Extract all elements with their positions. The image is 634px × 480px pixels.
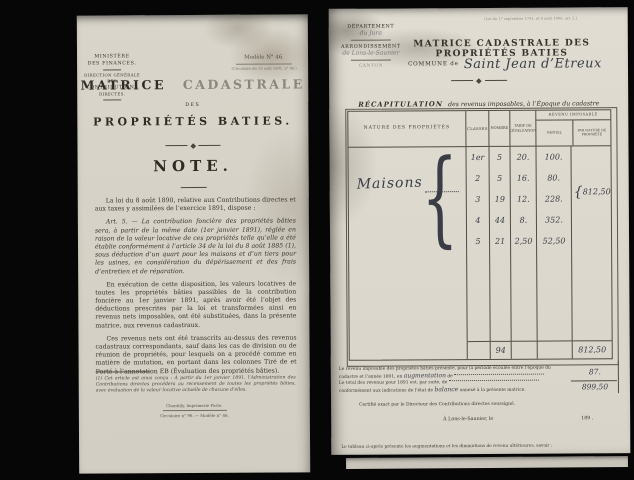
revenu-subheaders: PARTIEL PAR NATURE DE PROPRIÉTÉ (536, 120, 610, 146)
col-header-revenu: REVENU IMPOSABLE (536, 110, 610, 120)
nombre-value: 21 (490, 231, 510, 252)
footnote: (1) Cet article est ainsi conçu : À part… (96, 375, 296, 395)
dotted-leader (454, 374, 544, 376)
left-title-line2: PROPRIÉTÉS BATIES. (77, 114, 308, 128)
right-page: DÉPARTEMENT du Jura ARRONDISSEMENT de Lo… (329, 7, 631, 455)
dotted-leader (449, 380, 539, 382)
revenu-value: 352. (537, 209, 571, 230)
divider (351, 60, 391, 61)
col-header-revenu-group: REVENU IMPOSABLE PARTIEL PAR NATURE DE P… (536, 110, 610, 146)
tarif-column: 20. 16. 12. 8. 2,50 (510, 147, 537, 341)
certification-line: Certifié exact par le Directeur des Cont… (359, 401, 589, 407)
total-count: 94 (491, 341, 512, 359)
ornament-divider (77, 143, 308, 148)
revenu-value: 80. (537, 167, 571, 188)
summary-amount-1: 87. (575, 367, 615, 376)
tarif-value: 20. (510, 147, 535, 168)
ornament-bar (451, 80, 473, 81)
nombre-value: 44 (490, 210, 510, 231)
col-header-partiel: PARTIEL (536, 120, 573, 145)
ministry-line: DES FINANCES. (81, 60, 143, 68)
imprint-printer: Chantilly, Imprimerie Paste. (79, 402, 310, 408)
scanned-register-spread: MINISTÈRE DES FINANCES. DIRECTION GÉNÉRA… (0, 0, 634, 480)
handwritten-nature-entry: Maisons (356, 174, 422, 192)
summary-2-text: Le total des revenus pour 1891 est, par … (339, 380, 447, 386)
summary-2-handwritten: balance (434, 386, 458, 393)
commune-handwritten: Saint Jean d’Etreux (464, 56, 602, 72)
col-header-tarif: TARIF DE L’ÉVALUATION (510, 111, 536, 147)
brace-glyph: { (421, 143, 458, 251)
revenu-value: 100. (536, 146, 570, 167)
ornament-diamond (477, 78, 482, 83)
note-heading: NOTE. (78, 156, 309, 175)
amount-vertical-rule (618, 361, 619, 393)
divider (103, 100, 121, 101)
classe-value: 5 (467, 231, 489, 252)
total-revenu: 812,50 (573, 340, 612, 358)
ornament-diamond (191, 143, 196, 148)
summary-1-suffix: de (447, 374, 452, 379)
summary-2-cont: conformément aux indications de l’état d… (339, 388, 433, 394)
paragraph-execution: En exécution de cette disposition, les v… (95, 280, 296, 330)
model-reference: Modèle N° 46. (Circulaire du 13 août 189… (225, 54, 303, 70)
total-nature-cell (350, 341, 468, 360)
ornament-bar (485, 80, 507, 81)
revenu-value: 52,50 (537, 230, 571, 251)
recap-table: NATURE DES PROPRIÉTÉS CLASSES NOMBRE TAR… (345, 107, 619, 367)
tarif-value: 2,50 (511, 231, 536, 252)
ornament-divider (447, 79, 511, 83)
departement-value: du Jura (337, 29, 405, 36)
paragraph-article5: Art. 5. — La contribution foncière des p… (95, 218, 296, 276)
left-page: MINISTÈRE DES FINANCES. DIRECTION GÉNÉRA… (77, 14, 310, 473)
revenu-partiel-column: 100. 80. 228. 352. 52,50 (536, 146, 572, 340)
total-classes-cell (468, 341, 491, 359)
note-rule (180, 187, 206, 188)
col-header-nombre: NOMBRE (489, 111, 510, 147)
summary-line-2: Le total des revenus pour 1891 est, par … (339, 379, 567, 395)
underlying-page-edge (346, 456, 628, 469)
classes-column: 1er 2 3 4 5 (466, 147, 490, 341)
brace-glyph: { (574, 184, 583, 200)
divider (103, 70, 121, 71)
divider (162, 410, 226, 411)
total-tarif-cell (512, 341, 538, 359)
nature-column: Maisons { (348, 147, 467, 342)
col-header-par-nature: PAR NATURE DE PROPRIÉTÉ (573, 120, 610, 145)
commune-label: COMMUNE de (408, 61, 459, 67)
ornament-bar (199, 145, 221, 146)
left-title-word2: CADASTRALE (183, 76, 305, 92)
summary-1-prefix: en (397, 375, 402, 380)
classe-value: 4 (467, 210, 489, 231)
classe-value: 1er (466, 147, 488, 168)
nombre-value: 5 (490, 168, 510, 189)
paragraph-revenus: Ces revenus nets ont été transcrits au-d… (95, 334, 296, 376)
col-header-classes: CLASSES (466, 111, 489, 147)
left-title-des: DES (77, 102, 308, 108)
ornament-bar (165, 145, 187, 146)
paragraph-intro: La loi du 8 août 1890, relative aux Cont… (95, 196, 296, 213)
nombre-value: 5 (489, 147, 509, 168)
commune-line: COMMUNE de Saint Jean d’Etreux (389, 52, 621, 72)
summary-amount-2: 899,50 (575, 382, 615, 391)
summary-2-end: annexé à la présente matrice. (460, 388, 526, 393)
classe-value: 2 (467, 168, 489, 189)
group-total-value: 812,50 (583, 187, 611, 196)
nombre-value: 19 (490, 189, 510, 210)
classe-value: 3 (467, 189, 489, 210)
imprint-block: Chantilly, Imprimerie Paste. Circulaire … (79, 402, 310, 418)
tarif-value: 12. (511, 189, 536, 210)
divider (236, 63, 292, 64)
tarif-value: 16. (511, 168, 536, 189)
revenu-value: 228. (537, 188, 571, 209)
revenu-par-nature-column: {812,50 (571, 146, 611, 340)
place-date-line: À Lons-le-Saunier, le (443, 417, 493, 422)
total-partiel-cell (538, 340, 573, 358)
recap-table-grid: NATURE DES PROPRIÉTÉS CLASSES NOMBRE TAR… (347, 109, 613, 361)
tarif-value: 8. (511, 210, 536, 231)
left-title-word1: MATRICE (81, 77, 166, 92)
note-body: La loi du 8 août 1890, relative aux Cont… (95, 196, 297, 381)
nombre-column: 5 5 19 44 21 (489, 147, 511, 341)
model-circular: (Circulaire du 13 août 1891, n° 96.) (225, 66, 303, 70)
law-reference-note: (Loi du 17 septembre 1791, et 8 août 189… (447, 16, 615, 21)
footer-note: Le tableau ci-après présente les augment… (341, 443, 623, 450)
model-number: Modèle N° 46. (225, 54, 303, 60)
imprint-reference: Circulaire n° 96. — Modèle n° 46. (79, 412, 310, 418)
left-title: MATRICE CADASTRALE (77, 76, 308, 92)
summary-1-handwritten: augmentation (404, 372, 446, 379)
year-blank: 189 . (581, 416, 593, 421)
group-total: {812,50 (574, 184, 611, 200)
